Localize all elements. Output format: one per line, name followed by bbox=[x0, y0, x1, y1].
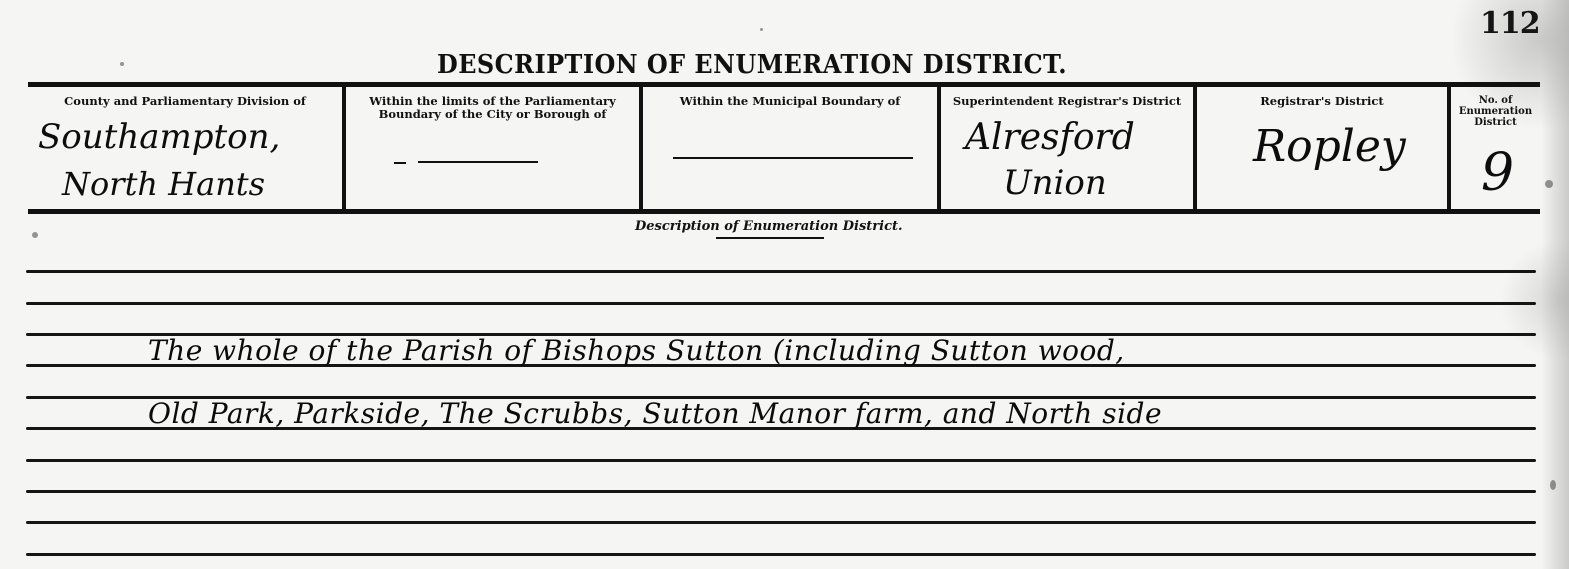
folio-number: 112 bbox=[1480, 6, 1540, 41]
ink-speck bbox=[32, 232, 38, 238]
blank-dash bbox=[394, 162, 406, 164]
ink-speck bbox=[1550, 480, 1556, 490]
column-parliamentary-boundary: Within the limits of the Parliamentary B… bbox=[346, 87, 643, 209]
header-rule-bottom bbox=[28, 209, 1540, 214]
district-header-table: County and Parliamentary Division of Sou… bbox=[28, 87, 1540, 209]
blank-dash bbox=[673, 157, 913, 159]
registrar-district-value: Ropley bbox=[1253, 121, 1406, 172]
ink-speck bbox=[120, 62, 124, 66]
column-county-label: County and Parliamentary Division of bbox=[28, 95, 342, 108]
ruled-line bbox=[26, 521, 1536, 524]
ruled-line bbox=[26, 302, 1536, 305]
column-municipal-boundary: Within the Municipal Boundary of bbox=[643, 87, 941, 209]
column-superintendent-registrar-district-label: Superintendent Registrar's District bbox=[941, 95, 1193, 108]
description-line-2: Old Park, Parkside, The Scrubbs, Sutton … bbox=[148, 397, 1162, 430]
page-title: DESCRIPTION OF ENUMERATION DISTRICT. bbox=[437, 50, 1067, 80]
ruled-line bbox=[26, 270, 1536, 273]
ink-speck bbox=[760, 28, 763, 31]
ruled-line bbox=[26, 459, 1536, 462]
description-line-1: The whole of the Parish of Bishops Sutto… bbox=[148, 334, 1125, 367]
blank-dash bbox=[418, 161, 538, 163]
ruled-line bbox=[26, 490, 1536, 493]
column-county: County and Parliamentary Division of Sou… bbox=[28, 87, 346, 209]
superintendent-district-value: Alresford bbox=[965, 117, 1135, 158]
superintendent-district-union-value: Union bbox=[1003, 163, 1107, 203]
census-page: 112 DESCRIPTION OF ENUMERATION DISTRICT.… bbox=[0, 0, 1569, 569]
column-enumeration-district-number-label: No. of Enumeration District bbox=[1451, 95, 1540, 128]
column-superintendent-registrar-district: Superintendent Registrar's District Alre… bbox=[941, 87, 1197, 209]
column-registrar-district-label: Registrar's District bbox=[1197, 95, 1447, 108]
subtitle-underline bbox=[716, 237, 824, 239]
section-subtitle: Description of Enumeration District. bbox=[635, 219, 903, 234]
column-enumeration-district-number: No. of Enumeration District 9 bbox=[1451, 87, 1540, 209]
ink-speck bbox=[1545, 180, 1553, 188]
county-value: Southampton, bbox=[38, 117, 280, 157]
column-registrar-district: Registrar's District Ropley bbox=[1197, 87, 1451, 209]
enumeration-district-number-value: 9 bbox=[1481, 143, 1514, 203]
division-value: North Hants bbox=[62, 165, 265, 203]
ruled-line bbox=[26, 553, 1536, 556]
column-parliamentary-boundary-label: Within the limits of the Parliamentary B… bbox=[346, 95, 639, 121]
column-municipal-boundary-label: Within the Municipal Boundary of bbox=[643, 95, 937, 108]
